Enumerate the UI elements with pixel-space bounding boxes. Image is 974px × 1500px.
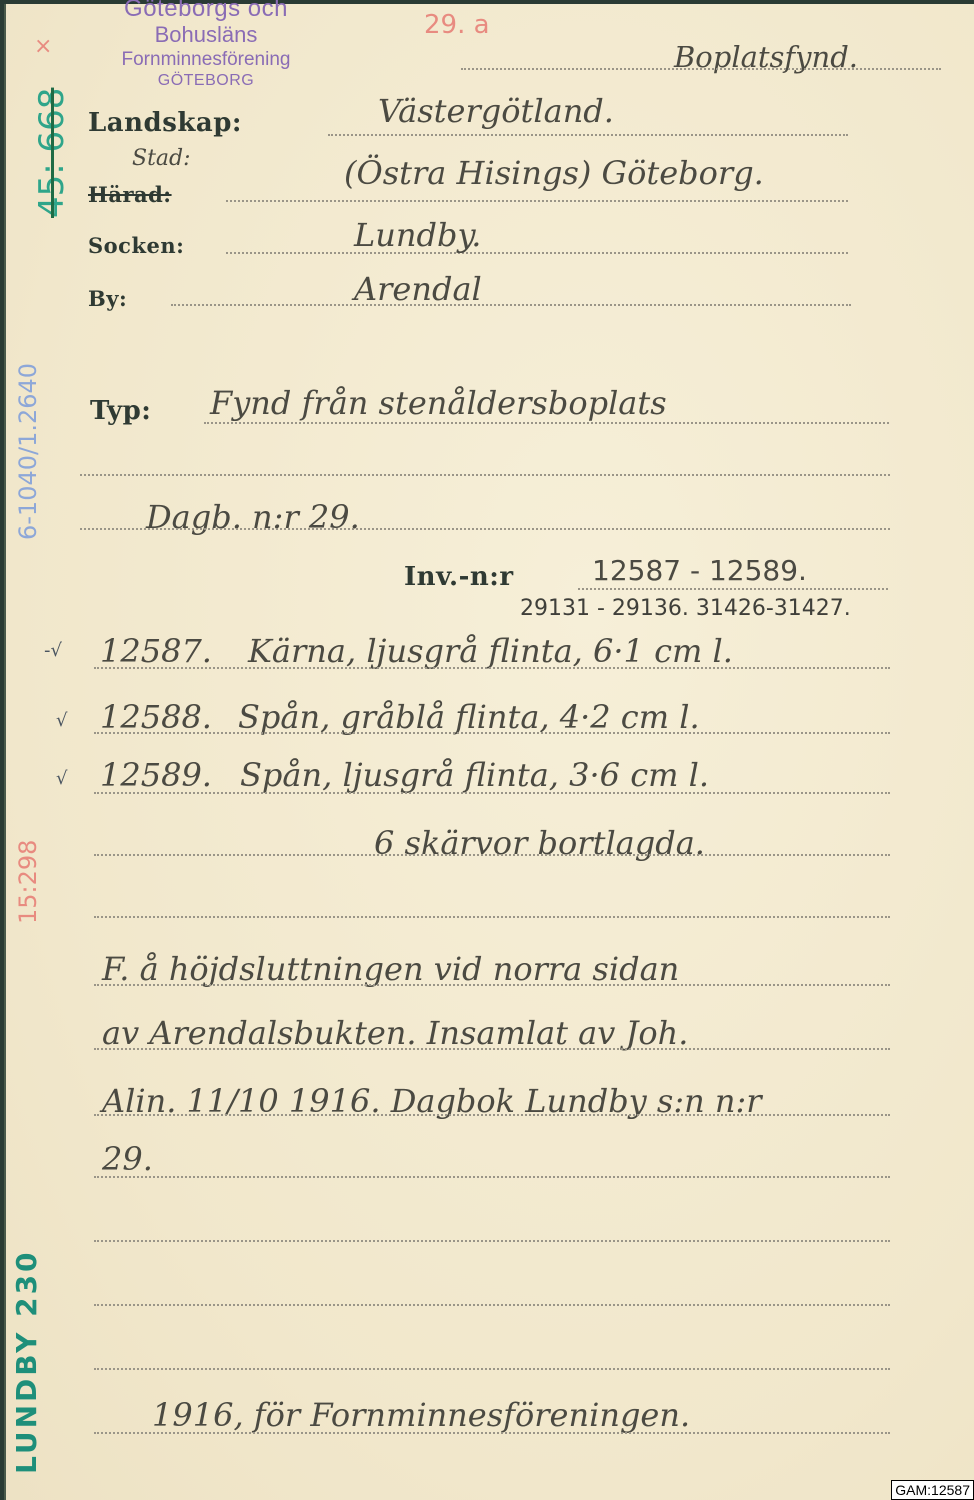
dagbok-number: Dagb. n:r 29. <box>146 498 360 536</box>
landskap-line <box>328 134 848 136</box>
item-number: 12589. <box>100 756 212 794</box>
item-number: 12588. <box>100 698 212 736</box>
by-label: By: <box>88 286 127 311</box>
item-line <box>94 667 890 669</box>
stamp-line-2: Bohusläns <box>76 23 336 46</box>
typ-label: Typ: <box>90 396 151 426</box>
inventory-value: 12587 - 12589. <box>592 554 807 587</box>
description-rule-4 <box>94 1176 890 1178</box>
harad-value: (Östra Hisings) Göteborg. <box>344 154 764 192</box>
description-line-1: F. å höjdsluttningen vid norra sidan <box>102 950 679 988</box>
blank-line-5 <box>94 1368 890 1370</box>
item-line <box>94 732 890 734</box>
description-rule-3 <box>94 1114 890 1116</box>
inventory-label: Inv.-n:r <box>404 562 514 592</box>
stamp-line-1: Göteborgs och <box>76 0 336 21</box>
by-value: Arendal <box>354 270 482 308</box>
description-rule-2 <box>94 1048 890 1050</box>
lundby-stamp: LUNDBY 230 <box>10 1249 43 1474</box>
index-card: Göteborgs och Bohusläns Fornminnesföreni… <box>4 4 974 1500</box>
blank-line-4 <box>94 1304 890 1306</box>
item-check-mark: √ <box>56 768 67 789</box>
typ-value: Fynd från stenåldersboplats <box>210 384 667 422</box>
socken-line <box>226 252 848 254</box>
category-line <box>461 68 941 70</box>
dagbok-line <box>80 528 890 530</box>
item-check-mark: √ <box>56 710 67 731</box>
society-stamp: Göteborgs och Bohusläns Fornminnesföreni… <box>76 0 336 90</box>
item-description: Spån, ljusgrå flinta, 3·6 cm l. <box>240 756 709 794</box>
item-line <box>94 792 890 794</box>
item-number: 12587. <box>100 632 212 670</box>
items-note-line <box>94 854 890 856</box>
description-rule-1 <box>94 984 890 986</box>
blank-line-1 <box>80 474 890 476</box>
description-line-4: 29. <box>102 1140 153 1178</box>
blank-line-3 <box>94 1240 890 1242</box>
item-check-mark: -√ <box>44 640 62 661</box>
footer-note: 1916, för Fornminnesföreningen. <box>152 1396 690 1434</box>
landskap-label: Landskap: <box>88 108 242 138</box>
catalog-id-label: GAM:12587 <box>891 1480 974 1500</box>
stamp-line-3: Fornminnesförening <box>76 50 336 70</box>
typ-line <box>204 422 889 424</box>
socken-label: Socken: <box>88 233 184 258</box>
items-note: 6 skärvor bortlagda. <box>374 824 705 862</box>
red-x-mark: × <box>34 34 52 59</box>
by-line <box>171 304 851 306</box>
item-description: Spån, gråblå flinta, 4·2 cm l. <box>238 698 700 736</box>
red-top-note: 29. a <box>424 10 490 40</box>
description-line-2: av Arendalsbukten. Insamlat av Joh. <box>102 1014 688 1052</box>
green-margin-note: 45: 668 <box>32 88 72 218</box>
stad-label: Stad: <box>132 146 191 171</box>
blue-margin-note: 6-1040/1.2640 <box>14 363 42 540</box>
landskap-value: Västergötland. <box>378 92 614 130</box>
inventory-secondary: 29131 - 29136. 31426-31427. <box>520 596 851 621</box>
socken-value: Lundby. <box>354 216 481 254</box>
red-margin-note: 15:298 <box>14 840 42 924</box>
harad-label: Härad: <box>88 182 172 207</box>
harad-line <box>226 200 848 202</box>
inventory-line <box>578 588 888 590</box>
footer-line <box>94 1432 890 1434</box>
item-description: Kärna, ljusgrå flinta, 6·1 cm l. <box>248 632 733 670</box>
stamp-line-4: GÖTEBORG <box>76 73 336 90</box>
blank-line-2 <box>94 916 890 918</box>
